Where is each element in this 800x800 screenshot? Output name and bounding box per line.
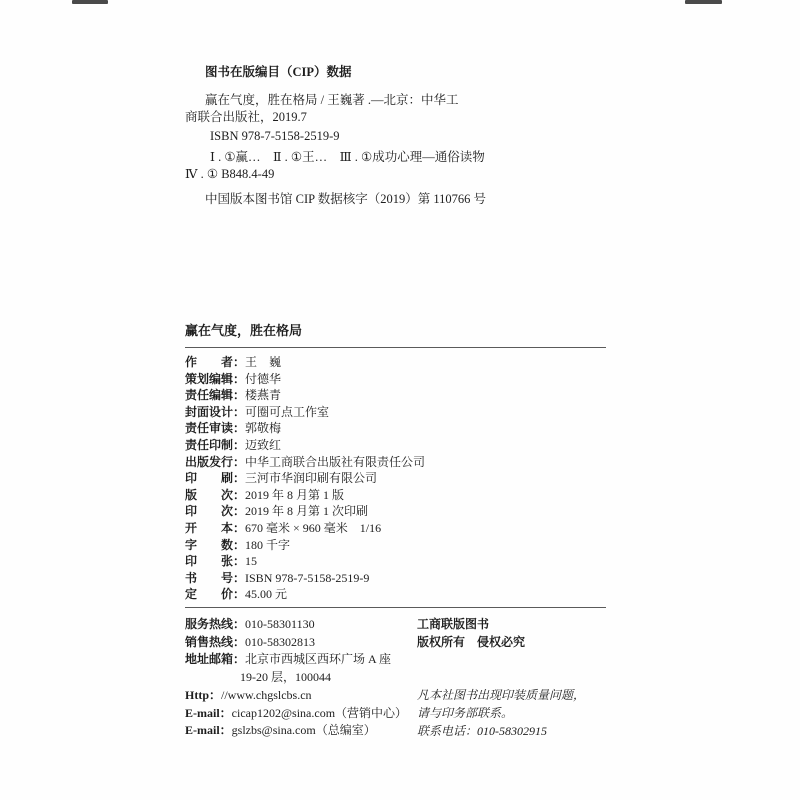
detail-row-publisher: 出版发行：中华工商联合出版社有限责任公司 (185, 454, 606, 471)
cip-data-block: 图书在版编目（CIP）数据 赢在气度，胜在格局 / 王巍著 .—北京：中华工 商… (185, 64, 606, 208)
contact-label: E-mail： (185, 706, 232, 720)
divider-top (185, 347, 606, 348)
detail-value: 2019 年 8 月第 1 次印刷 (245, 504, 368, 518)
detail-row-edition: 版 次：2019 年 8 月第 1 版 (185, 487, 606, 504)
contact-value: 19-20 层，100044 (240, 670, 331, 684)
copyright-page: 图书在版编目（CIP）数据 赢在气度，胜在格局 / 王巍著 .—北京：中华工 商… (0, 0, 800, 800)
cip-isbn-line: ISBN 978-7-5158-2519-9 (185, 128, 606, 145)
detail-label: 出版发行： (185, 455, 245, 469)
contact-label: Http： (185, 688, 221, 702)
contact-label: 销售热线： (185, 635, 245, 649)
rights-column: 工商联版图书 版权所有 侵权必究 凡本社图书出现印装质量问题， 请与印务部联系。… (417, 616, 606, 741)
detail-label: 定 价： (185, 587, 245, 601)
detail-label: 印 次： (185, 504, 245, 518)
cip-title-line: 赢在气度，胜在格局 / 王巍著 .—北京：中华工 (185, 92, 606, 109)
detail-row-planning-editor: 策划编辑：付德华 (185, 371, 606, 388)
scan-mark-right (685, 0, 722, 4)
contact-value: 010-58301130 (245, 617, 315, 631)
email-editorial-row: E-mail：gslzbs@sina.com（总编室） (185, 722, 425, 740)
detail-value: 中华工商联合出版社有限责任公司 (245, 455, 425, 469)
detail-value: ISBN 978-7-5158-2519-9 (245, 571, 369, 585)
detail-label: 字 数： (185, 538, 245, 552)
detail-label: 责任编辑： (185, 388, 245, 402)
sales-hotline-row: 销售热线：010-58302813 (185, 634, 425, 652)
detail-row-sheets: 印 张：15 (185, 553, 606, 570)
quality-notice-line-2: 请与印务部联系。 (417, 705, 606, 723)
detail-row-cover-design: 封面设计：可圈可点工作室 (185, 404, 606, 421)
detail-value: 2019 年 8 月第 1 版 (245, 488, 344, 502)
detail-value: 郭敬梅 (245, 421, 281, 435)
detail-label: 开 本： (185, 521, 245, 535)
cip-record-number-line: 中国版本图书馆 CIP 数据核字（2019）第 110766 号 (185, 191, 606, 208)
service-hotline-row: 服务热线：010-58301130 (185, 616, 425, 634)
copyright-notice: 版权所有 侵权必究 (417, 634, 606, 652)
cip-classification-line-1: Ⅰ . ①赢… Ⅱ . ①王… Ⅲ . ①成功心理—通俗读物 (185, 149, 606, 166)
detail-row-print-supervisor: 责任印制：迈致红 (185, 437, 606, 454)
detail-row-price: 定 价：45.00 元 (185, 586, 606, 603)
cip-publisher-line: 商联合出版社，2019.7 (185, 109, 606, 126)
email-marketing-row: E-mail：cicap1202@sina.com（营销中心） (185, 705, 425, 723)
detail-row-printer: 印 刷：三河市华润印刷有限公司 (185, 470, 606, 487)
contact-footer: 服务热线：010-58301130 销售热线：010-58302813 地址邮箱… (185, 616, 606, 740)
imprint-line: 工商联版图书 (417, 616, 606, 634)
cip-heading: 图书在版编目（CIP）数据 (185, 64, 606, 81)
detail-value: 670 毫米 × 960 毫米 1/16 (245, 521, 381, 535)
detail-row-author: 作 者：王 巍 (185, 354, 606, 371)
detail-value: 迈致红 (245, 438, 281, 452)
detail-row-review: 责任审读：郭敬梅 (185, 420, 606, 437)
detail-value: 王 巍 (245, 355, 281, 369)
quality-notice-line-1: 凡本社图书出现印装质量问题， (417, 687, 606, 705)
publication-details: 作 者：王 巍 策划编辑：付德华 责任编辑：楼燕青 封面设计：可圈可点工作室 责… (185, 354, 606, 603)
detail-row-impression: 印 次：2019 年 8 月第 1 次印刷 (185, 503, 606, 520)
detail-value: 楼燕青 (245, 388, 281, 402)
divider-bottom (185, 607, 606, 608)
detail-label: 版 次： (185, 488, 245, 502)
contact-label: 地址邮箱： (185, 652, 245, 666)
address-row-2: 19-20 层，100044 (185, 669, 425, 687)
detail-label: 策划编辑： (185, 372, 245, 386)
detail-label: 责任印制： (185, 438, 245, 452)
detail-row-responsible-editor: 责任编辑：楼燕青 (185, 387, 606, 404)
detail-label: 封面设计： (185, 405, 245, 419)
detail-label: 印 张： (185, 554, 245, 568)
website-url: //www.chgslcbs.cn (221, 688, 312, 702)
detail-value: 180 千字 (245, 538, 290, 552)
book-title: 赢在气度，胜在格局 (185, 322, 606, 340)
scan-mark-left (72, 0, 108, 4)
email-address: cicap1202@sina.com（营销中心） (232, 706, 407, 720)
contact-value: 北京市西城区西环广场 A 座 (245, 652, 391, 666)
detail-row-format: 开 本：670 毫米 × 960 毫米 1/16 (185, 520, 606, 537)
email-address: gslzbs@sina.com（总编室） (232, 723, 376, 737)
detail-value: 45.00 元 (245, 587, 287, 601)
contact-value: 010-58302813 (245, 635, 315, 649)
quality-notice-phone: 联系电话：010-58302915 (417, 723, 606, 741)
website-row: Http：//www.chgslcbs.cn (185, 687, 425, 705)
detail-row-word-count: 字 数：180 千字 (185, 537, 606, 554)
detail-row-isbn: 书 号：ISBN 978-7-5158-2519-9 (185, 570, 606, 587)
address-row: 地址邮箱：北京市西城区西环广场 A 座 (185, 651, 425, 669)
detail-label: 印 刷： (185, 471, 245, 485)
contact-label: 服务热线： (185, 617, 245, 631)
contact-label: E-mail： (185, 723, 232, 737)
detail-value: 付德华 (245, 372, 281, 386)
contact-left-column: 服务热线：010-58301130 销售热线：010-58302813 地址邮箱… (185, 616, 425, 740)
detail-label: 书 号： (185, 571, 245, 585)
detail-label: 责任审读： (185, 421, 245, 435)
detail-value: 可圈可点工作室 (245, 405, 329, 419)
quality-notice: 凡本社图书出现印装质量问题， 请与印务部联系。 联系电话：010-5830291… (417, 687, 606, 740)
cip-classification-line-2: Ⅳ . ① B848.4-49 (185, 166, 606, 183)
detail-value: 15 (245, 554, 257, 568)
detail-label: 作 者： (185, 355, 245, 369)
detail-value: 三河市华润印刷有限公司 (245, 471, 377, 485)
